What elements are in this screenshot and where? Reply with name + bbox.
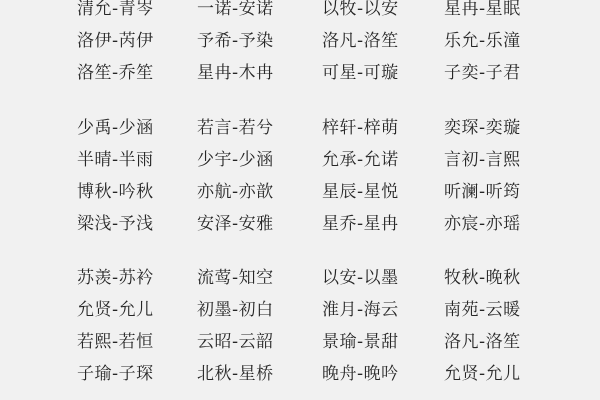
name-pair: 晚舟-晚吟 (322, 359, 399, 389)
name-pair: 梓轩-梓萌 (322, 113, 399, 143)
name-pair: 云昭-云韶 (197, 327, 274, 357)
name-pair: 半晴-半雨 (77, 145, 154, 175)
name-row: 半晴-半雨 少宇-少涵 允承-允诺 言初-言熙 (0, 145, 600, 175)
name-pair: 洛伊-芮伊 (77, 26, 154, 56)
name-pair: 洛凡-洛笙 (444, 327, 521, 357)
name-row: 梁浅-予浅 安泽-安雅 星乔-星冉 亦宸-亦瑶 (0, 209, 600, 239)
name-pair: 博秋-吟秋 (77, 177, 154, 207)
name-pair: 予希-予染 (197, 26, 274, 56)
name-pair: 景瑜-景甜 (322, 327, 399, 357)
name-pair: 允贤-允儿 (444, 359, 521, 389)
name-pair: 言初-言熙 (444, 145, 521, 175)
name-row: 清允-青岑 一诺-安诺 以牧-以安 星冉-星眠 (0, 0, 600, 24)
name-pair: 洛凡-洛笙 (322, 26, 399, 56)
name-pair: 若熙-若恒 (77, 327, 154, 357)
name-pair: 少宇-少涵 (197, 145, 274, 175)
name-pair: 苏羡-苏衿 (77, 263, 154, 293)
name-pair: 初墨-初白 (197, 295, 274, 325)
name-pair: 南苑-云暖 (444, 295, 521, 325)
name-pair: 星乔-星冉 (322, 209, 399, 239)
name-pair: 听澜-听筠 (444, 177, 521, 207)
name-row: 苏羡-苏衿 流莺-知空 以安-以墨 牧秋-晚秋 (0, 263, 600, 293)
name-pair: 流莺-知空 (197, 263, 274, 293)
name-row: 博秋-吟秋 亦航-亦歆 星辰-星悦 听澜-听筠 (0, 177, 600, 207)
name-pair: 牧秋-晚秋 (444, 263, 521, 293)
name-pair: 亦宸-亦瑶 (444, 209, 521, 239)
name-pair: 以牧-以安 (322, 0, 399, 24)
name-row: 允贤-允儿 初墨-初白 淮月-海云 南苑-云暖 (0, 295, 600, 325)
name-pair: 若言-若兮 (197, 113, 274, 143)
name-pair: 乐允-乐潼 (444, 26, 521, 56)
name-pair: 洛笙-乔笙 (77, 58, 154, 88)
name-pair: 以安-以墨 (322, 263, 399, 293)
name-pair: 亦航-亦歆 (197, 177, 274, 207)
name-pair: 子奕-子君 (444, 58, 521, 88)
name-pair: 允贤-允儿 (77, 295, 154, 325)
name-pair: 允承-允诺 (322, 145, 399, 175)
name-row: 若熙-若恒 云昭-云韶 景瑜-景甜 洛凡-洛笙 (0, 327, 600, 357)
name-row: 洛伊-芮伊 予希-予染 洛凡-洛笙 乐允-乐潼 (0, 26, 600, 56)
name-row: 洛笙-乔笙 星冉-木冉 可星-可璇 子奕-子君 (0, 58, 600, 88)
name-pair: 淮月-海云 (322, 295, 399, 325)
name-pair: 安泽-安雅 (197, 209, 274, 239)
name-pair: 星辰-星悦 (322, 177, 399, 207)
name-pair: 一诺-安诺 (197, 0, 274, 24)
name-row: 子瑜-子琛 北秋-星桥 晚舟-晚吟 允贤-允儿 (0, 359, 600, 389)
name-pair: 少禹-少涵 (77, 113, 154, 143)
name-pair: 子瑜-子琛 (77, 359, 154, 389)
name-pair: 北秋-星桥 (197, 359, 274, 389)
name-pair: 梁浅-予浅 (77, 209, 154, 239)
name-pair: 星冉-木冉 (197, 58, 274, 88)
name-pair: 奕琛-奕璇 (444, 113, 521, 143)
name-pair: 可星-可璇 (322, 58, 399, 88)
name-row: 少禹-少涵 若言-若兮 梓轩-梓萌 奕琛-奕璇 (0, 113, 600, 143)
name-pair: 星冉-星眠 (444, 0, 521, 24)
name-pair: 清允-青岑 (77, 0, 154, 24)
